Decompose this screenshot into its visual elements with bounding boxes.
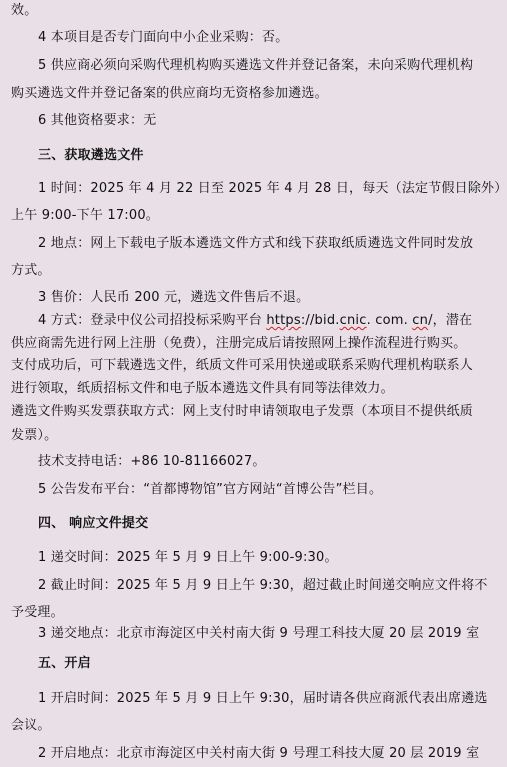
section-heading-response-submission: 四、 响应文件提交 (38, 516, 148, 532)
text-line: 2 开启地点：北京市海淀区中关村南大街 9 号理工科技大厦 20 层 2019 … (38, 746, 479, 762)
text-line: 支付成功后，可下载遴选文件，纸质文件可采用快递或联系采购代理机构联系人 (11, 358, 473, 374)
text-line: 1 递交时间：2025 年 5 月 9 日上午 9:00-9:30。 (38, 550, 338, 566)
section-heading-obtain-documents: 三、获取遴选文件 (38, 148, 144, 164)
text-line: 遴选文件购买发票获取方式：网上支付时申请领取电子发票（本项目不提供纸质 (11, 404, 473, 420)
text-line: 4 方式：登录中仪公司招投标采购平台 https://bid.cnic. com… (38, 313, 472, 329)
text-line: 6 其他资格要求：无 (38, 113, 156, 129)
platform-link[interactable]: https://bid.cnic. com. cn/ (266, 313, 432, 328)
text-line: 上午 9:00-下午 17:00。 (11, 208, 159, 224)
text-line: 进行领取，纸质招标文件和电子版本遴选文件具有同等法律效力。 (11, 381, 394, 397)
text-line: 购买遴选文件并登记备案的供应商均无资格参加遴选。 (11, 86, 328, 102)
text-line: 予受理。 (11, 605, 64, 621)
text-line: 2 地点：网上下载电子版本遴选文件方式和线下获取纸质遴选文件同时发放 (38, 236, 473, 252)
section-heading-opening: 五、开启 (38, 656, 91, 672)
text-line: 方式。 (11, 263, 51, 279)
text-fragment: 4 方式：登录中仪公司招投标采购平台 (38, 313, 266, 328)
text-line: 效。 (11, 3, 37, 19)
text-line: 1 开启时间：2025 年 5 月 9 日上午 9:30，届时请各供应商派代表出… (38, 691, 488, 707)
text-line: 1 时间：2025 年 4 月 22 日至 2025 年 4 月 28 日，每天… (38, 181, 507, 197)
text-line: 技术支持电话：+86 10-81166027。 (38, 454, 266, 470)
text-line: 供应商需先进行网上注册（免费），注册完成后请按照网上操作流程进行购买。 (11, 336, 467, 352)
text-line: 5 公告发布平台：“首都博物馆”官方网站“首博公告”栏目。 (38, 482, 382, 498)
text-line: 3 递交地点：北京市海淀区中关村南大街 9 号理工科技大厦 20 层 2019 … (38, 626, 479, 642)
text-fragment: ，潜在 (433, 313, 473, 328)
text-line: 2 截止时间：2025 年 5 月 9 日上午 9:30，超过截止时间递交响应文… (38, 578, 488, 594)
text-line: 4 本项目是否专门面向中小企业采购：否。 (38, 30, 288, 46)
text-line: 会议。 (11, 718, 51, 734)
text-line: 5 供应商必须向采购代理机构购买遴选文件并登记备案，未向采购代理机构 (38, 58, 473, 74)
text-line: 3 售价：人民币 200 元，遴选文件售后不退。 (38, 290, 309, 306)
text-line: 发票）。 (11, 428, 57, 444)
